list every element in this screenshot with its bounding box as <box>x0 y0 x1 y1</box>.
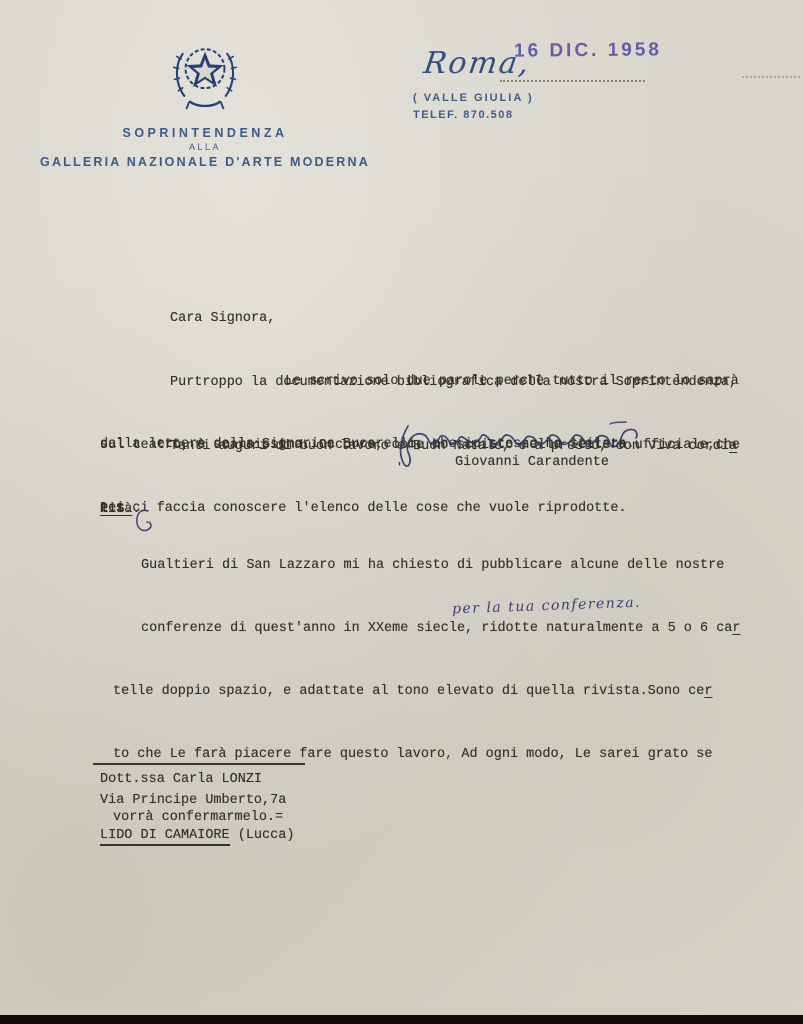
stray-ink-mark: ' <box>398 460 401 478</box>
org-name-line2: ALLA <box>30 142 380 152</box>
date-stamp: 16 DIC. 1958 <box>514 39 662 62</box>
typed-signature-name: Giovanni Carandente <box>455 452 609 473</box>
recipient-city-line: LIDO DI CAMAIORE (Lucca) <box>100 825 294 846</box>
org-name-line3: GALLERIA NAZIONALE D'ARTE MODERNA <box>30 155 380 169</box>
italy-republic-emblem-icon <box>166 36 244 120</box>
hyphenation-underlined-char: r <box>704 684 712 699</box>
salutation: Cara Signora, <box>100 308 760 329</box>
recipient-province: (Lucca) <box>230 828 295 843</box>
paragraph-2-line-1: Purtroppo la documentazione bibliografic… <box>100 372 760 393</box>
branch-note: ( VALLE GIULIA ) <box>413 92 534 104</box>
recipient-name: Dott.ssa Carla LONZI <box>100 769 262 790</box>
ps-line-2: conferenze di quest'anno in XXeme siecle… <box>113 618 773 639</box>
faint-dotted-line <box>742 76 800 78</box>
ps-line-4-text-post: Ad ogni modo, Le sarei grato se <box>453 747 712 762</box>
phone-line: TELEF. 870.508 <box>413 109 514 121</box>
org-name-line1: SOPRINTENDENZA <box>30 126 380 140</box>
address-separator-rule <box>93 763 305 765</box>
ps-line-4-text-pre: to che Le farà piacere fare questo lavor… <box>113 747 445 762</box>
scan-bottom-edge <box>0 1015 803 1024</box>
recipient-city-underlined: LIDO DI CAMAIORE <box>100 828 230 846</box>
letterhead: SOPRINTENDENZA ALLA GALLERIA NAZIONALE D… <box>30 36 380 169</box>
hyphenation-underlined-char: r <box>732 621 740 636</box>
ps-line-3-text: telle doppio spazio, e adattate al tono … <box>113 684 704 699</box>
ps-paragraph: Gualtieri di San Lazzaro mi ha chiesto d… <box>113 513 773 870</box>
ps-line-1: Gualtieri di San Lazzaro mi ha chiesto d… <box>113 555 773 576</box>
ps-line-3: telle doppio spazio, e adattate al tono … <box>113 681 773 702</box>
date-dotted-line <box>500 80 645 82</box>
ps-line-4: to che Le farà piacere fare questo lavor… <box>113 744 773 765</box>
ps-line-2-text: conferenze di quest'anno in XXeme siecle… <box>141 621 732 636</box>
letter-scan-paper: SOPRINTENDENZA ALLA GALLERIA NAZIONALE D… <box>0 0 803 1015</box>
recipient-street: Via Principe Umberto,7a <box>100 790 286 811</box>
hyphenation-underlined-char: a <box>729 439 737 454</box>
